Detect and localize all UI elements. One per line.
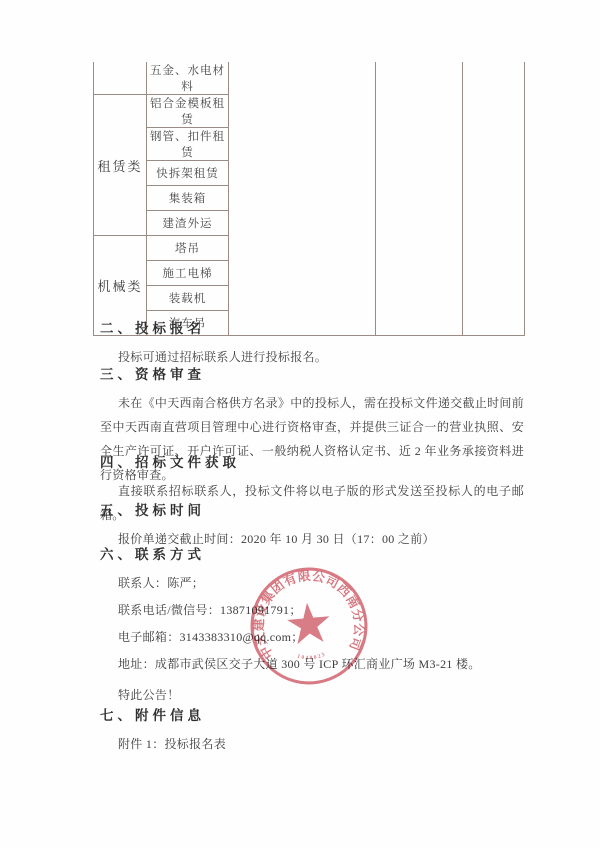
section-heading: 三、资格审查 xyxy=(100,364,524,386)
bid-items-table: 五金、水电材料 租赁类 铝合金模板租赁 钢管、扣件租赁 快拆架租赁 集装箱 建渣… xyxy=(93,62,525,336)
table-item-cell: 塔吊 xyxy=(147,236,229,261)
empty-column-2 xyxy=(376,62,463,336)
section-attachments: 七、附件信息 附件 1：投标报名表 xyxy=(100,705,524,759)
category-cell-continued xyxy=(94,62,147,95)
section-heading: 四、招标文件获取 xyxy=(100,452,524,474)
seal-serial-number: 1040023 xyxy=(296,651,328,663)
svg-text:1040023: 1040023 xyxy=(296,651,328,663)
table-row: 五金、水电材料 xyxy=(94,62,525,95)
star-icon xyxy=(286,601,332,645)
section-heading: 二、投标报名 xyxy=(100,318,524,340)
company-seal: 中天建设集团有限公司西南分公司 1040023 xyxy=(243,560,375,692)
empty-column-3 xyxy=(463,62,525,336)
section-heading: 七、附件信息 xyxy=(100,705,524,727)
table-item-cell: 装载机 xyxy=(147,286,229,311)
attachment-line: 附件 1：投标报名表 xyxy=(100,732,524,756)
table-item-cell: 五金、水电材料 xyxy=(147,62,229,95)
section-heading: 五、投标时间 xyxy=(100,500,524,522)
category-cell-rental: 租赁类 xyxy=(94,95,147,236)
document-page: 五金、水电材料 租赁类 铝合金模板租赁 钢管、扣件租赁 快拆架租赁 集装箱 建渣… xyxy=(0,0,600,848)
section-heading: 六、联系方式 xyxy=(100,544,524,566)
table-item-cell: 铝合金模板租赁 xyxy=(147,95,229,128)
table-item-cell: 钢管、扣件租赁 xyxy=(147,128,229,161)
table-item-cell: 施工电梯 xyxy=(147,261,229,286)
table-item-cell: 集装箱 xyxy=(147,186,229,211)
table-item-cell: 建渣外运 xyxy=(147,211,229,236)
empty-column-1 xyxy=(229,62,376,336)
table-item-cell: 快拆架租赁 xyxy=(147,161,229,186)
